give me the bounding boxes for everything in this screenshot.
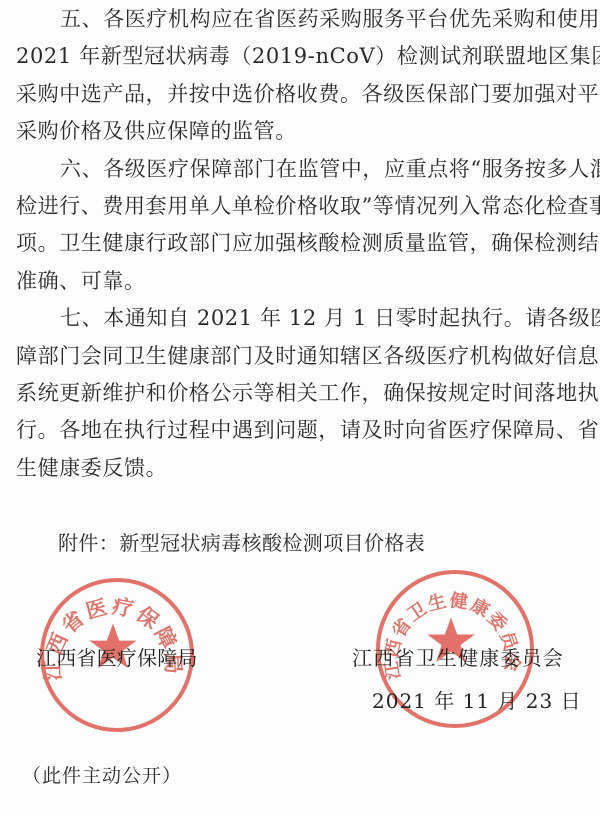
body-line: 采购价格及供应保障的监管。 <box>16 113 586 150</box>
issue-date: 2021 年 11 月 23 日 <box>372 688 582 714</box>
body-line: 五、各医疗机构应在省医药采购服务平台优先采购和使用 <box>16 1 586 38</box>
document-body: 五、各医疗机构应在省医药采购服务平台优先采购和使用 2021 年新型冠状病毒（2… <box>16 1 586 487</box>
body-line: 项。卫生健康行政部门应加强核酸检测质量监管，确保检测结果 <box>16 225 586 262</box>
body-line: 采购中选产品，并按中选价格收费。各级医保部门要加强对平台 <box>16 76 586 113</box>
signer-right-name: 江西省卫生健康委员会 <box>352 645 564 671</box>
body-line: 检进行、费用套用单人单检价格收取”等情况列入常态化检查事 <box>16 188 586 225</box>
body-line: 七、本通知自 2021 年 12 月 1 日零时起执行。请各级医疗保 <box>16 300 586 337</box>
body-line: 系统更新维护和价格公示等相关工作，确保按规定时间落地执 <box>16 375 586 412</box>
signer-left-name: 江西省医疗保障局 <box>36 645 198 671</box>
body-line: 行。各地在执行过程中遇到问题，请及时向省医疗保障局、省卫 <box>16 412 586 449</box>
attachment-line: 附件：新型冠状病毒核酸检测项目价格表 <box>58 530 425 556</box>
body-line: 生健康委反馈。 <box>16 450 586 487</box>
body-line: 障部门会同卫生健康部门及时通知辖区各级医疗机构做好信息 <box>16 338 586 375</box>
body-line: 六、各级医疗保障部门在监管中，应重点将“服务按多人混 <box>16 151 586 188</box>
publicity-note: （此件主动公开） <box>22 763 182 789</box>
body-line: 准确、可靠。 <box>16 263 586 300</box>
body-line: 2021 年新型冠状病毒（2019-nCoV）检测试剂联盟地区集团带量 <box>16 38 586 75</box>
document-page: 五、各医疗机构应在省医药采购服务平台优先采购和使用 2021 年新型冠状病毒（2… <box>0 0 600 818</box>
